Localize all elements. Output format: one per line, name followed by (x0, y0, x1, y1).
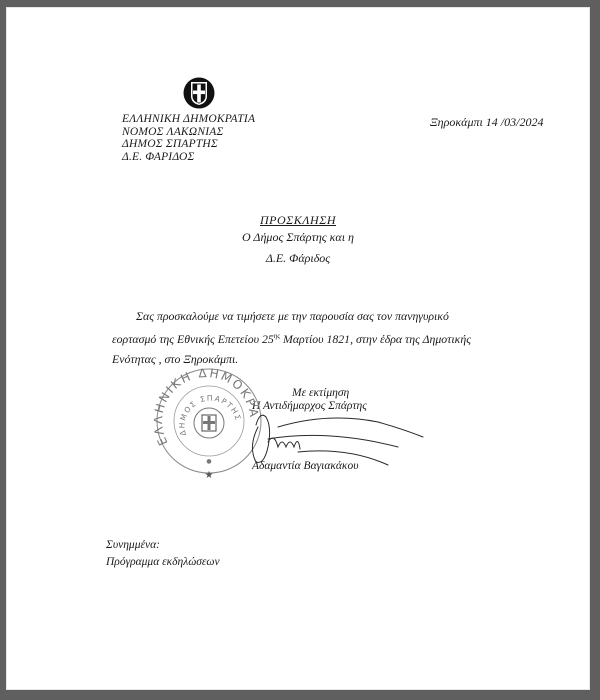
header-line: ΔΗΜΟΣ ΣΠΑΡΤΗΣ (122, 138, 255, 151)
svg-text:●: ● (206, 458, 211, 465)
subtitle-line-2: Δ.Ε. Φάριδος (6, 251, 590, 266)
body-line: εορτασμό της Εθνικής Επετείου 25ης Μαρτί… (112, 326, 471, 349)
subtitle-line-1: Ο Δήμος Σπάρτης και η (6, 230, 590, 245)
issuer-header: ΕΛΛΗΝΙΚΗ ΔΗΜΟΚΡΑΤΙΑ ΝΟΜΟΣ ΛΑΚΩΝΙΑΣ ΔΗΜΟΣ… (122, 113, 255, 163)
body-text: Μαρτίου 1821, στην έδρα της Δημοτικής (280, 332, 471, 346)
handwritten-signature (238, 407, 428, 467)
attachments-label: Συνημμένα: (106, 537, 220, 554)
header-line: Δ.Ε. ΦΑΡΙΔΟΣ (122, 151, 255, 164)
body-text: εορτασμό της Εθνικής Επετείου 25 (112, 332, 274, 346)
body-line: Σας προσκαλούμε να τιμήσετε με την παρου… (112, 306, 471, 326)
signer-name: Αδαμαντία Βαγιακάκου (252, 460, 358, 472)
attachment-item: Πρόγραμμα εκδηλώσεων (106, 554, 220, 571)
closing-text: Με εκτίμηση (292, 387, 349, 399)
document-page: ΕΛΛΗΝΙΚΗ ΔΗΜΟΚΡΑΤΙΑ ΝΟΜΟΣ ΛΑΚΩΝΙΑΣ ΔΗΜΟΣ… (6, 7, 590, 690)
attachments: Συνημμένα: Πρόγραμμα εκδηλώσεων (106, 537, 220, 571)
greek-coat-of-arms-icon (182, 76, 216, 110)
document-title: ΠΡΟΣΚΛΗΣΗ (6, 213, 590, 228)
document-date: Ξηροκάμπι 14 /03/2024 (430, 115, 543, 130)
header-line: ΝΟΜΟΣ ΛΑΚΩΝΙΑΣ (122, 126, 255, 139)
invitation-body: Σας προσκαλούμε να τιμήσετε με την παρου… (112, 306, 471, 369)
header-line: ΕΛΛΗΝΙΚΗ ΔΗΜΟΚΡΑΤΙΑ (122, 113, 255, 126)
svg-text:★: ★ (205, 470, 214, 481)
